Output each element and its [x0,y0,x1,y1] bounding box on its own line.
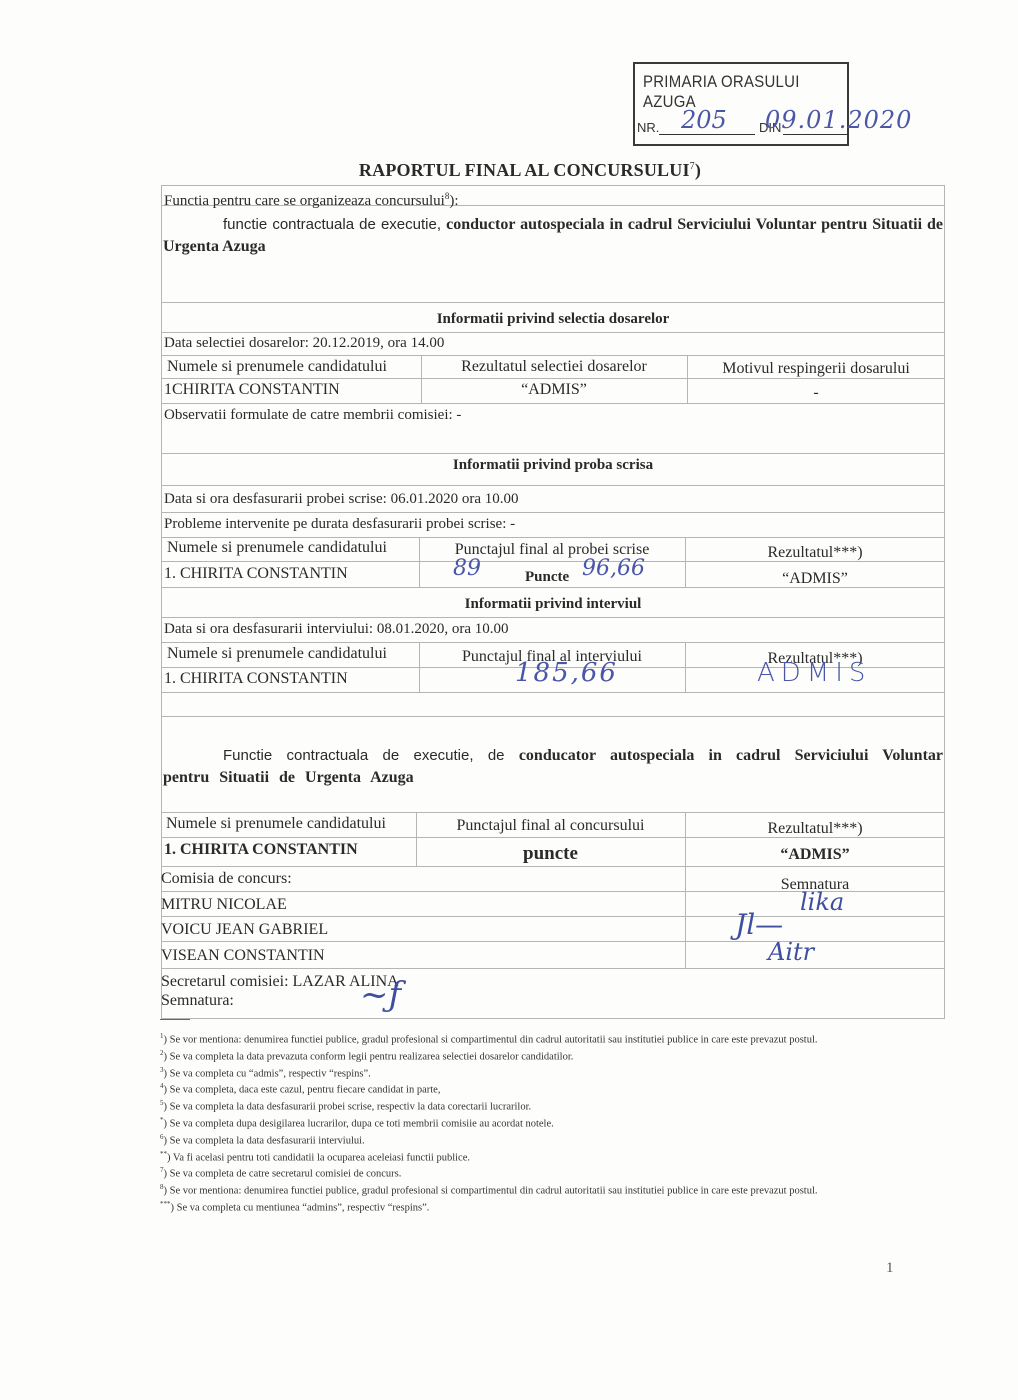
page-number: 1 [886,1260,894,1277]
selectie-candidate-result: “ADMIS” [421,381,687,399]
selectie-date: Data selectiei dosarelor: 20.12.2019, or… [164,334,444,352]
signature-secretary: ~ƒ [360,975,401,1015]
comisia-member: VISEAN CONSTANTIN [161,947,325,965]
registration-stamp: PRIMARIA ORASULUI AZUGA NR. 205 DIN 09.0… [633,62,849,146]
interviu-score-hand: 185,66 [515,664,618,682]
stamp-date-line [783,134,849,135]
title-paren: ) [695,160,701,180]
title-text: RAPORTUL FINAL AL CONCURSULUI [359,160,690,180]
divider [161,512,945,513]
divider [161,378,945,379]
selectie-col-name: Numele si prenumele candidatului [167,358,387,376]
divider [161,692,945,693]
final-col-result: Rezultatul***) [685,820,945,838]
proba-col-result: Rezultatul***) [685,544,945,562]
divider [161,642,945,643]
interviu-candidate-name: 1. CHIRITA CONSTANTIN [164,670,348,688]
divider [161,537,945,538]
divider [161,941,945,942]
secretary-signature-label: Semnatura: [161,992,234,1010]
footnote: 1) Se vor mentiona: denumirea functiei p… [160,1030,900,1047]
selectie-col-reason: Motivul respingerii dosarului [687,360,945,378]
selectie-heading: Informatii privind selectia dosarelor [161,310,945,328]
divider [161,716,945,717]
divider [161,812,945,813]
interviu-result-hand: ADMIS [757,664,871,682]
final-function-description: Functie contractuala de executie, de con… [163,745,943,789]
signature-member2: Jl— [735,908,783,941]
function-label-suffix: ): [449,193,458,209]
proba-candidate-result: “ADMIS” [685,570,945,588]
proba-scrisa-heading: Informatii privind proba scrisa [161,456,945,474]
selectie-observatii: Observatii formulate de catre membrii co… [164,406,461,424]
divider [161,302,945,303]
footnotes: 1) Se vor mentiona: denumirea functiei p… [160,1030,900,1215]
divider [161,968,945,969]
final-desc-lead: Functie contractuala de executie, de [223,747,519,764]
selectie-col-result: Rezultatul selectiei dosarelor [421,358,687,376]
proba-scrisa-date: Data si ora desfasurarii probei scrise: … [164,490,519,508]
footnote: 7) Se va completa de catre secretarul co… [160,1164,900,1181]
document-title: RAPORTUL FINAL AL CONCURSULUI7) [330,160,730,181]
proba-candidate-score-hand: 89 [453,560,481,578]
footnote: **) Va fi acelasi pentru toti candidatii… [160,1148,900,1165]
footnote: 3) Se va completa cu “admis”, respectiv … [160,1064,900,1081]
divider [161,485,945,486]
divider [161,332,945,333]
signature-member1: lika [800,888,844,916]
comisia-member: MITRU NICOLAE [161,896,287,914]
footnote-rule [160,1019,190,1020]
selectie-candidate-name: 1CHIRITA CONSTANTIN [164,381,340,399]
selectie-candidate-reason: - [687,384,945,402]
stamp-nr-value: 205 [681,106,727,134]
comisia-member: VOICU JEAN GABRIEL [161,921,328,939]
divider [161,916,945,917]
footnote: 2) Se va completa la data prevazuta conf… [160,1047,900,1064]
divider [161,866,945,867]
footnote: 4) Se va completa, daca este cazul, pent… [160,1080,900,1097]
proba-scrisa-probleme: Probleme intervenite pe durata desfasura… [164,515,515,533]
signature-member3: Aitr [768,938,814,966]
stamp-nr-line [659,134,755,135]
function-label-text: Functia pentru care se organizeaza concu… [164,193,445,209]
interviu-col-name: Numele si prenumele candidatului [167,645,387,663]
footnote: ***) Se va completa cu mentiunea “admins… [160,1198,900,1215]
divider [161,355,945,356]
proba-candidate-name: 1. CHIRITA CONSTANTIN [164,565,348,583]
final-candidate-result: “ADMIS” [685,846,945,864]
proba-puncte-label: Puncte [525,568,569,586]
interviu-heading: Informatii privind interviul [161,595,945,613]
function-desc-lead: functie contractuala de executie, [223,216,446,233]
final-col-score: Punctajul final al concursului [416,817,685,835]
final-candidate-name: 1. CHIRITA CONSTANTIN [164,841,358,859]
footnote: 6) Se va completa la data desfasurarii i… [160,1131,900,1148]
divider [161,403,945,404]
divider [161,453,945,454]
footnote: 8) Se vor mentiona: denumirea functiei p… [160,1181,900,1198]
final-candidate-score: puncte [416,845,685,863]
function-label: Functia pentru care se organizeaza concu… [164,187,459,210]
footnote: 5) Se va completa la data desfasurarii p… [160,1097,900,1114]
final-col-name: Numele si prenumele candidatului [166,815,386,833]
stamp-date-value: 09.01.2020 [765,106,912,134]
interviu-date: Data si ora desfasurarii interviului: 08… [164,620,509,638]
proba-puncte-hand: 96,66 [582,560,645,578]
divider [161,617,945,618]
proba-col-name: Numele si prenumele candidatului [167,539,387,557]
function-description: functie contractuala de executie, conduc… [163,214,943,258]
footnote: *) Se va completa dupa desigilarea lucra… [160,1114,900,1131]
comisia-label: Comisia de concurs: [161,870,292,888]
stamp-nr-label: NR. [637,120,659,135]
